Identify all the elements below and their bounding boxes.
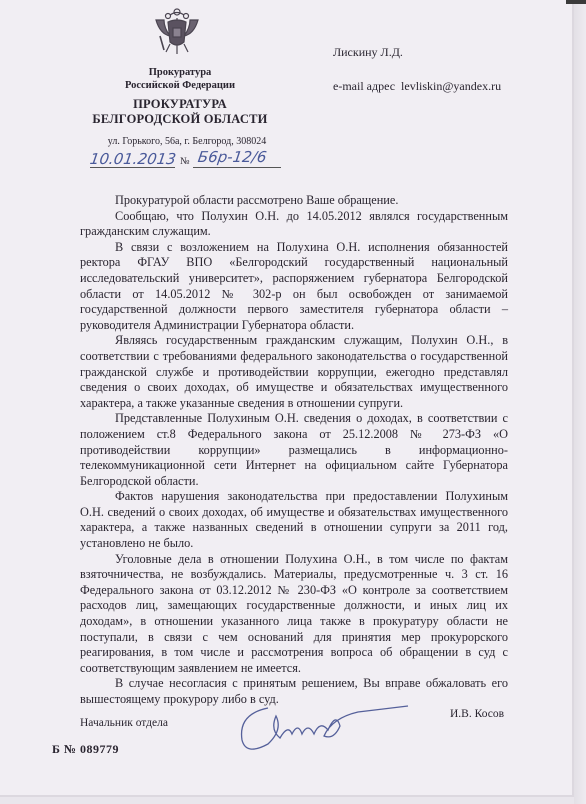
org-header-small: Прокуратура Российской Федерации [110, 66, 250, 92]
recipient-name: Лискину Л.Д. [333, 45, 403, 60]
handwritten-date: 10.01.2013 [89, 150, 177, 168]
email-label: e-mail адрес [333, 79, 395, 93]
paragraph: Уголовные дела в отношении Полухина О.Н.… [80, 552, 508, 677]
number-underline [193, 167, 281, 168]
paragraph: Являясь государственным гражданским служ… [80, 333, 508, 411]
org-line1: Прокуратура [110, 66, 250, 79]
date-underline [90, 167, 175, 168]
coat-of-arms-icon [150, 6, 204, 56]
org-header-main: ПРОКУРАТУРА БЕЛГОРОДСКОЙ ОБЛАСТИ [90, 97, 270, 127]
signatory-name: И.В. Косов [450, 708, 504, 720]
recipient-email-line: e-mail адрес levliskin@yandex.ru [333, 79, 501, 94]
handwritten-number: Б6р-12/6 [197, 148, 268, 166]
email-address: levliskin@yandex.ru [401, 79, 501, 93]
scan-edge [574, 0, 586, 804]
letter-body: Прокуратурой области рассмотрено Ваше об… [80, 193, 508, 708]
org-main-line1: ПРОКУРАТУРА [90, 97, 270, 112]
form-serial-number: Б № 089779 [52, 742, 119, 757]
number-sign: № [180, 156, 190, 167]
paragraph: Сообщаю, что Полухин О.Н. до 14.05.2012 … [80, 209, 508, 240]
scan-corner [566, 0, 586, 4]
date-number-line: 10.01.2013 № Б6р-12/6 [88, 148, 284, 172]
org-main-line2: БЕЛГОРОДСКОЙ ОБЛАСТИ [90, 112, 270, 127]
paragraph: В связи с возложением на Полухина О.Н. и… [80, 240, 508, 334]
signatory-title: Начальник отдела [80, 717, 168, 729]
org-line2: Российской Федерации [110, 79, 250, 92]
handwritten-signature-icon [228, 700, 428, 758]
paragraph: Прокуратурой области рассмотрено Ваше об… [80, 193, 508, 209]
paragraph: Фактов нарушения законодательства при пр… [80, 489, 508, 551]
org-address: ул. Горького, 56а, г. Белгород, 308024 [92, 136, 282, 147]
paragraph: Представленные Полухиным О.Н. сведения о… [80, 411, 508, 489]
